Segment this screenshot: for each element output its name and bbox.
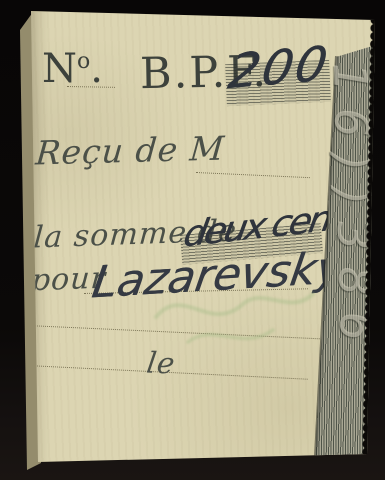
amount-figures-handwriting: 200 (225, 36, 333, 100)
stub-handwriting: 16))386 (323, 62, 385, 455)
receipt-number-label: No. (42, 46, 103, 92)
number-superscript: o (77, 49, 90, 74)
ink-show-through (148, 272, 323, 362)
received-from-label: Reçu de M (34, 129, 226, 173)
photo-backdrop: No. B.P.F. 200 Reçu de M la somme de deu… (0, 0, 385, 480)
received-from-dotted-line (196, 172, 310, 178)
number-dot: . (90, 46, 103, 92)
receipt-page: No. B.P.F. 200 Reçu de M la somme de deu… (0, 0, 385, 480)
